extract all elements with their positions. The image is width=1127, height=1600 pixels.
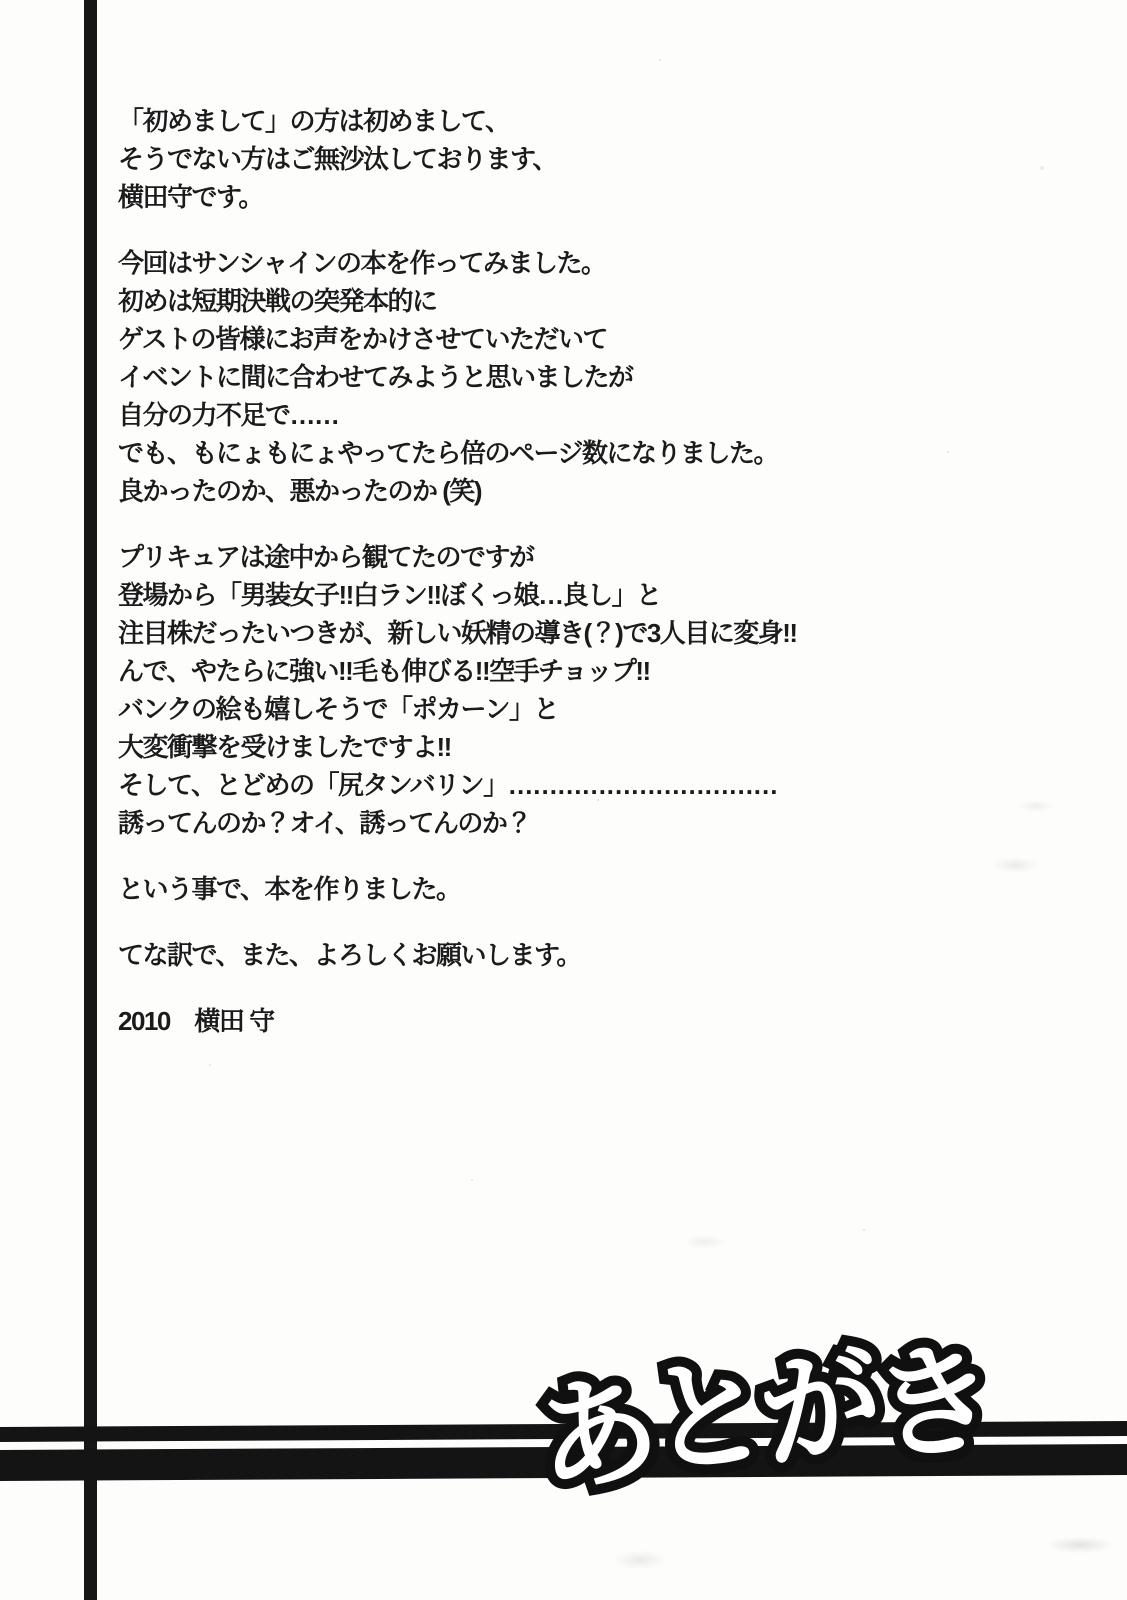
text-line: そして、とどめの「尻タンバリン」…………………………… bbox=[118, 766, 798, 804]
text-line: バンクの絵も嬉しそうで「ポカーン」と bbox=[118, 690, 798, 728]
text-line: 初めは短期決戦の突発本的に bbox=[118, 282, 798, 320]
signature-line: 2010 横田 守 bbox=[118, 1002, 798, 1040]
paragraph-greeting: 「初めまして」の方は初めまして、 そうでない方はご無沙汰しております、 横田守で… bbox=[118, 102, 798, 216]
title-char-fill: き bbox=[865, 1321, 1004, 1485]
paragraph-conclusion: という事で、本を作りました。 bbox=[118, 870, 798, 908]
text-line: イベントに間に合わせてみようと思いましたが bbox=[118, 358, 798, 396]
text-line: てな訳で、また、よろしくお願いします。 bbox=[118, 936, 798, 974]
text-line: 登場から「男装女子!!白ラン!!ぼくっ娘…良し」と bbox=[118, 576, 798, 614]
scanned-afterword-page: 「初めまして」の方は初めまして、 そうでない方はご無沙汰しております、 横田守で… bbox=[0, 0, 1127, 1600]
text-line: 横田守です。 bbox=[118, 178, 798, 216]
text-line: んで、やたらに強い!!毛も伸びる!!空手チョップ!! bbox=[118, 652, 798, 690]
text-line: 「初めまして」の方は初めまして、 bbox=[118, 102, 798, 140]
text-line: そうでない方はご無沙汰しております、 bbox=[118, 140, 798, 178]
paragraph-farewell: てな訳で、また、よろしくお願いします。 bbox=[118, 936, 798, 974]
text-line: 自分の力不足で…… bbox=[118, 396, 798, 434]
text-line: 誘ってんのか？オイ、誘ってんのか？ bbox=[118, 804, 798, 842]
text-line: という事で、本を作りました。 bbox=[118, 870, 798, 908]
vertical-rule bbox=[84, 0, 97, 1600]
text-line: 今回はサンシャインの本を作ってみました。 bbox=[118, 244, 798, 282]
text-line: 注目株だったいつきが、新しい妖精の導き(？)で3人目に変身!! bbox=[118, 614, 798, 652]
page-title-atogaki: あ あ と と が が き き bbox=[532, 1330, 988, 1480]
text-line: 良かったのか、悪かったのか (笑) bbox=[118, 472, 798, 510]
afterword-text-block: 「初めまして」の方は初めまして、 そうでない方はご無沙汰しております、 横田守で… bbox=[118, 102, 798, 1068]
title-char: き き bbox=[865, 1321, 1004, 1485]
text-line: 大変衝撃を受けましたですよ!! bbox=[118, 728, 798, 766]
text-line: でも、もにょもにょやってたら倍のページ数になりました。 bbox=[118, 434, 798, 472]
text-line: ゲストの皆様にお声をかけさせていただいて bbox=[118, 320, 798, 358]
paragraph-precure-impressions: プリキュアは途中から観てたのですが 登場から「男装女子!!白ラン!!ぼくっ娘…良… bbox=[118, 538, 798, 842]
paragraph-book-making: 今回はサンシャインの本を作ってみました。 初めは短期決戦の突発本的に ゲストの皆… bbox=[118, 244, 798, 510]
author-signature: 2010 横田 守 bbox=[118, 1002, 798, 1040]
text-line: プリキュアは途中から観てたのですが bbox=[118, 538, 798, 576]
